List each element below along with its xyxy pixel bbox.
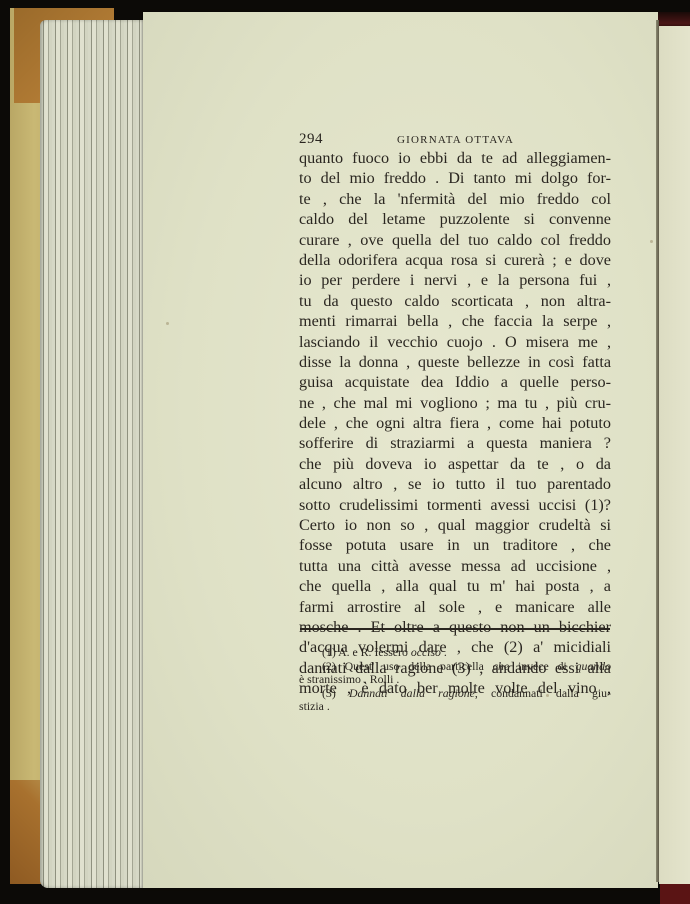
footnote-text: invece di [518, 659, 567, 673]
text-line: curare , ove quella del tuo caldo col fr… [299, 230, 611, 250]
page-number: 294 [299, 131, 397, 148]
text-line: alcuno altro , se io tutto il tuo parent… [299, 474, 611, 494]
text-line: ne , che mal mi vogliono ; ma tu , più c… [299, 393, 611, 413]
text-line: fosse potuta usare in un traditore , che [299, 535, 611, 555]
body-text: quanto fuoco io ebbi da te ad alleggiame… [299, 148, 611, 699]
footnote-marker: (2) [322, 659, 336, 673]
footnote-text: , condannati dalla giu- [475, 686, 611, 700]
text-line: te , che la 'nfermità del mio freddo col [299, 189, 611, 209]
paper-stain [650, 240, 653, 243]
spine-bottom [660, 884, 690, 904]
text-line: della odorifera acqua rosa si curerà ; e… [299, 250, 611, 270]
gutter-shadow [656, 20, 659, 882]
text-line: lasciando il vecchio cuojo . O misera me… [299, 332, 611, 352]
running-head-title: GIORNATA OTTAVA [397, 134, 514, 146]
footnote-text: A. e R. Iessero [338, 645, 408, 659]
text-line: farmi arrostire al sole , e manicare all… [299, 597, 611, 617]
text-line: tu da questo caldo scorticata , non altr… [299, 291, 611, 311]
footnote-marker: (3) [322, 686, 336, 700]
paper-stain [166, 322, 169, 325]
text-line: sofferire di straziarmi a questa maniera… [299, 433, 611, 453]
footnote-1: (1) A. e R. Iessero occiso . [299, 646, 611, 660]
text-line: dele , che ogni altra fiera , come hai p… [299, 413, 611, 433]
footnote-italic: quando [576, 659, 611, 673]
text-line: Certo io non so , qual maggior crudeltà … [299, 515, 611, 535]
text-block: 294 GIORNATA OTTAVA quanto fuoco io ebbi… [299, 131, 611, 699]
footnote-2-continued: è stranissimo . Rolli . [299, 673, 611, 687]
text-line: sotto crudelissimi tormenti avessi uccis… [299, 495, 611, 515]
footnote-rule [300, 628, 610, 630]
text-line: menti rimarrai bella , che faccia la ser… [299, 311, 611, 331]
next-page-edge [659, 26, 690, 884]
footnote-3: (3) Dannati dalla ragione, condannati da… [299, 687, 611, 701]
text-line: quanto fuoco io ebbi da te ad alleggiame… [299, 148, 611, 168]
text-line: to del mio freddo . Di tanto mi dolgo fo… [299, 168, 611, 188]
footnote-marker: (1) [322, 645, 336, 659]
text-line: disse la donna , queste bellezze in così… [299, 352, 611, 372]
text-line: tutta una città avesse messa ad uccision… [299, 556, 611, 576]
footnote-2: (2) Quest' uso della particella che inve… [299, 660, 611, 674]
text-line: io per perdere i nervi , e la persona fu… [299, 270, 611, 290]
footnote-text: Quest' uso della particella [345, 659, 484, 673]
page-stack-edges [40, 20, 144, 888]
text-line: che quella , alla qual tu m' hai posta ,… [299, 576, 611, 596]
text-line: che più doveva io aspettar da te , o da [299, 454, 611, 474]
text-line: caldo del letame puzzolente si convenne [299, 209, 611, 229]
footnote-italic: Dannati dalla ragione [349, 686, 475, 700]
footnote-italic: che [493, 659, 509, 673]
footnote-text: . [444, 645, 447, 659]
text-line: guisa acquistate dea Iddio a quelle pers… [299, 372, 611, 392]
footnote-italic: occiso [411, 645, 441, 659]
footnote-3-continued: stizia . [299, 700, 611, 714]
running-head: 294 GIORNATA OTTAVA [299, 131, 611, 147]
footnotes: (1) A. e R. Iessero occiso . (2) Quest' … [299, 646, 611, 714]
